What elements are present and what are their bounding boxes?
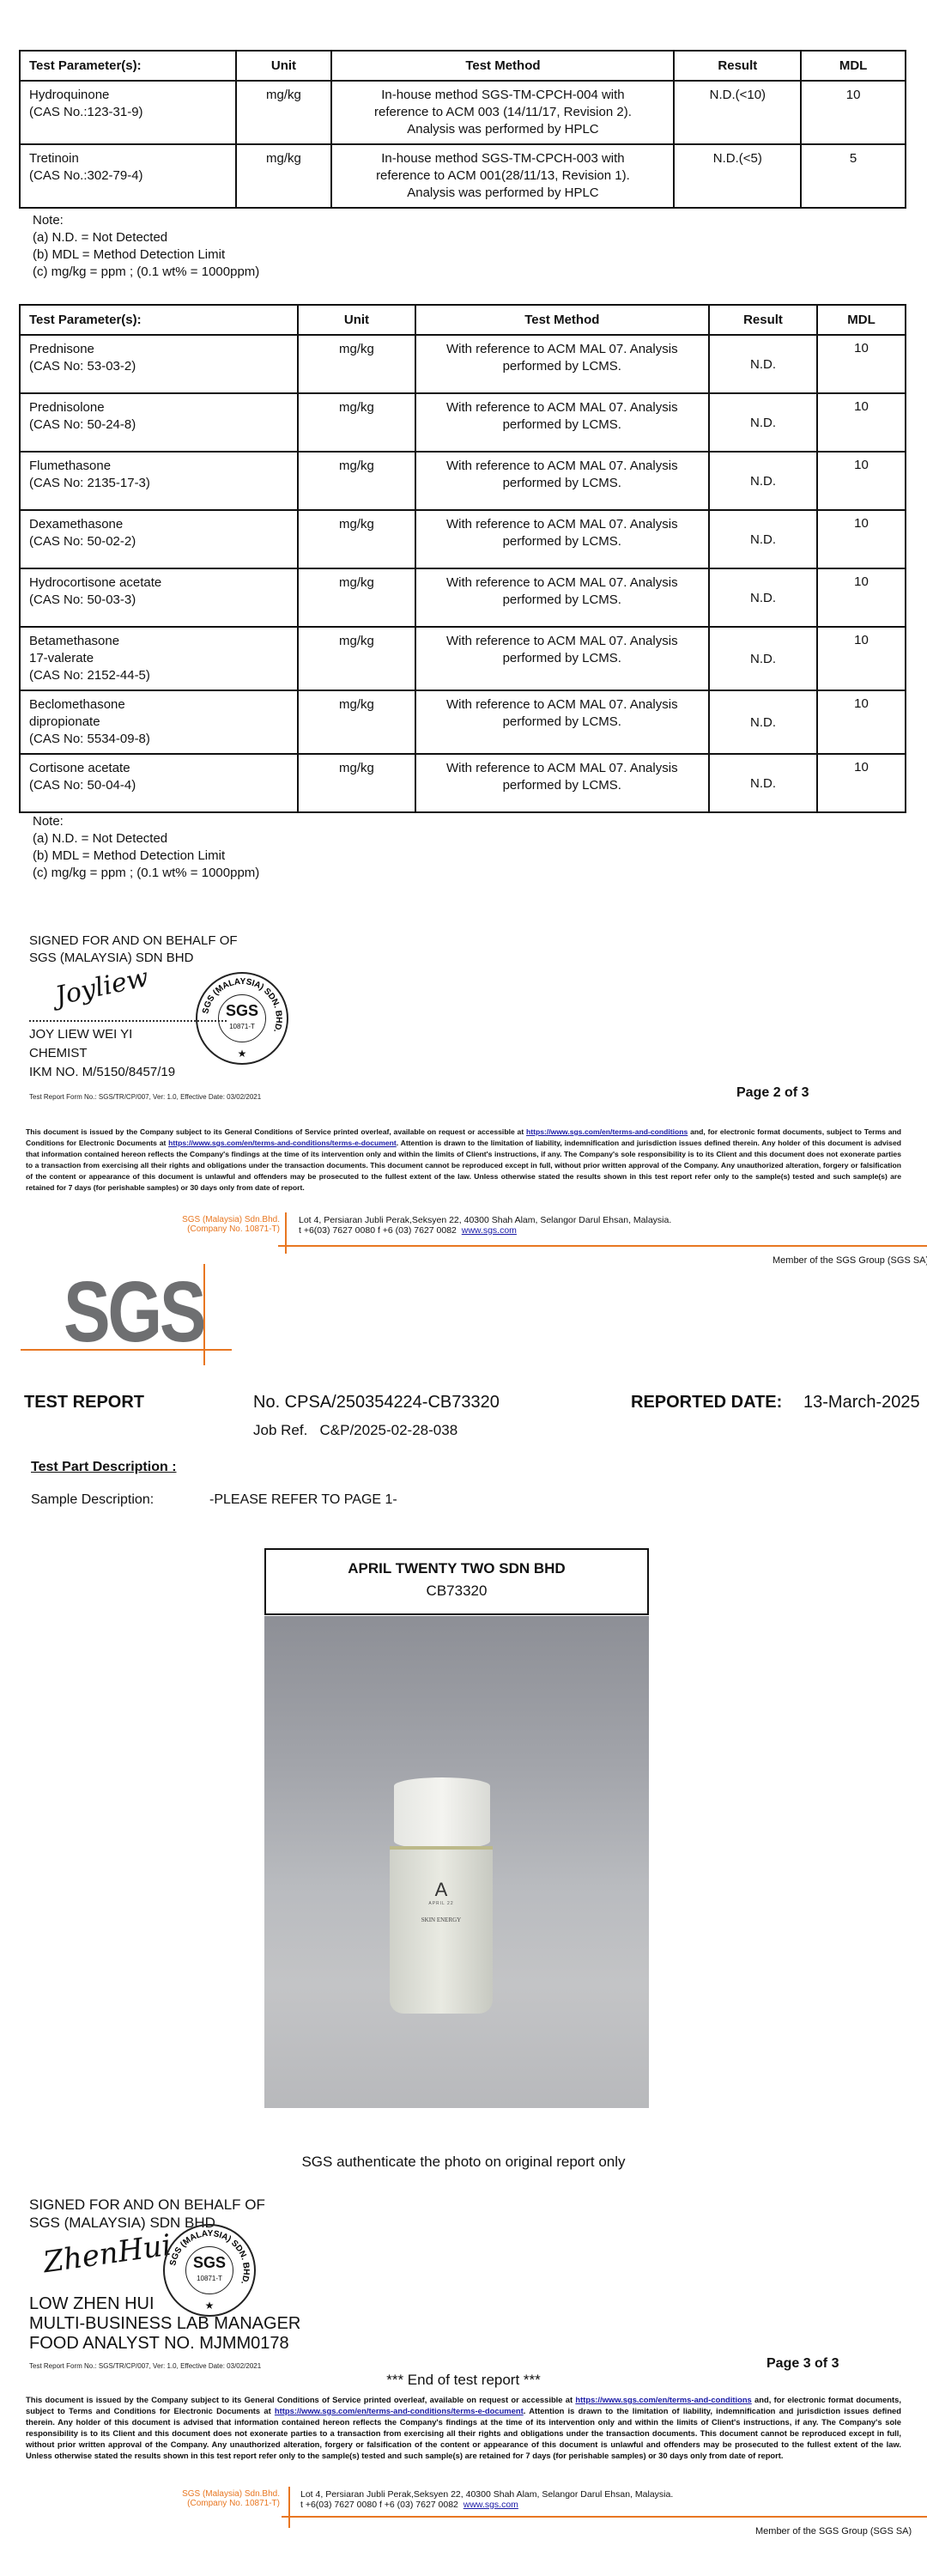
hplc-results-table: Test Parameter(s): Unit Test Method Resu… xyxy=(19,50,906,209)
param-detail: (CAS No: 50-02-2) xyxy=(29,533,290,550)
param-name: Beclomethasone xyxy=(29,696,290,714)
disclaimer-text: This document is issued by the Company s… xyxy=(26,2395,575,2404)
website-link[interactable]: www.sgs.com xyxy=(462,1225,517,1236)
logo-line-v xyxy=(203,1264,205,1365)
col-header-result: Result xyxy=(709,305,817,335)
unit-cell: mg/kg xyxy=(298,568,415,627)
notes-2: Note: (a) N.D. = Not Detected (b) MDL = … xyxy=(33,813,259,882)
result-cell: N.D. xyxy=(709,393,817,452)
mdl-cell: 10 xyxy=(817,690,906,754)
footer-company: SGS (Malaysia) Sdn.Bhd. (Company No. 108… xyxy=(129,2489,280,2508)
footer-company: SGS (Malaysia) Sdn.Bhd. (Company No. 108… xyxy=(129,1215,280,1234)
method-line: performed by LCMS. xyxy=(423,592,701,609)
signer-details: JOY LIEW WEI YI CHEMIST IKM NO. M/5150/8… xyxy=(29,1025,175,1082)
job-ref: Job Ref. C&P/2025-02-28-038 xyxy=(253,1422,457,1439)
param-detail: (CAS No: 50-04-4) xyxy=(29,777,290,794)
method-cell: With reference to ACM MAL 07. Analysispe… xyxy=(415,335,709,393)
star-icon: ★ xyxy=(197,1048,287,1060)
stamp-number: 10871-T xyxy=(186,2275,233,2282)
footer-company-number: (Company No. 10871-T) xyxy=(129,1224,280,1234)
method-line: With reference to ACM MAL 07. Analysis xyxy=(423,399,701,416)
footer-phone: t +6(03) 7627 0080 f +6 (03) 7627 0082 xyxy=(300,2500,458,2510)
method-cell: With reference to ACM MAL 07. Analysispe… xyxy=(415,627,709,690)
unit-cell: mg/kg xyxy=(298,627,415,690)
method-line: performed by LCMS. xyxy=(423,358,701,375)
page-number: Page 3 of 3 xyxy=(766,2356,839,2372)
result-cell: N.D. xyxy=(709,568,817,627)
note-heading: Note: xyxy=(33,212,259,229)
disclaimer-text: This document is issued by the Company s… xyxy=(26,1127,526,1136)
table-row: Prednisone(CAS No: 53-03-2)mg/kgWith ref… xyxy=(20,335,906,393)
stamp-center-text: SGS xyxy=(186,2254,233,2272)
stamp-number: 10871-T xyxy=(219,1023,265,1030)
mdl-cell: 10 xyxy=(817,452,906,510)
sample-id: CB73320 xyxy=(266,1583,647,1600)
method-line: reference to ACM 001(28/11/13, Revision … xyxy=(339,167,666,185)
param-name: Prednisone xyxy=(29,341,290,358)
sample-description-label: Sample Description: xyxy=(31,1492,154,1508)
form-number: Test Report Form No.: SGS/TR/CP/007, Ver… xyxy=(29,1093,261,1101)
result-cell: N.D. xyxy=(709,452,817,510)
method-cell: With reference to ACM MAL 07. Analysispe… xyxy=(415,393,709,452)
footer-address-line: Lot 4, Persiaran Jubli Perak,Seksyen 22,… xyxy=(300,2489,673,2500)
col-header-unit: Unit xyxy=(298,305,415,335)
unit-cell: mg/kg xyxy=(298,335,415,393)
bottle-body: A APRIL 22 SKIN ENERGY xyxy=(390,1846,493,2014)
footer-divider-v xyxy=(285,1212,287,1254)
mdl-cell: 10 xyxy=(817,393,906,452)
method-cell: With reference to ACM MAL 07. Analysispe… xyxy=(415,690,709,754)
legal-disclaimer: This document is issued by the Company s… xyxy=(26,2394,901,2461)
signed-line: SIGNED FOR AND ON BEHALF OF xyxy=(29,2196,265,2214)
mdl-cell: 10 xyxy=(817,510,906,568)
method-line: With reference to ACM MAL 07. Analysis xyxy=(423,574,701,592)
param-cell: Dexamethasone(CAS No: 50-02-2) xyxy=(20,510,298,568)
note-line: (b) MDL = Method Detection Limit xyxy=(33,848,259,865)
footer-phone: t +6(03) 7627 0080 f +6 (03) 7627 0082 xyxy=(299,1225,457,1236)
e-document-terms-link[interactable]: https://www.sgs.com/en/terms-and-conditi… xyxy=(168,1139,397,1147)
signer-name: LOW ZHEN HUI xyxy=(29,2294,300,2314)
param-detail: (CAS No: 2152-44-5) xyxy=(29,667,290,684)
param-cell: Prednisone(CAS No: 53-03-2) xyxy=(20,335,298,393)
note-line: (a) N.D. = Not Detected xyxy=(33,830,259,848)
notes-1: Note: (a) N.D. = Not Detected (b) MDL = … xyxy=(33,212,259,281)
table-row: Tretinoin(CAS No.:302-79-4) mg/kg In-hou… xyxy=(20,144,906,208)
method-line: Analysis was performed by HPLC xyxy=(339,185,666,202)
signer-title: MULTI-BUSINESS LAB MANAGER xyxy=(29,2314,300,2334)
col-header-parameter: Test Parameter(s): xyxy=(20,51,236,81)
member-text: Member of the SGS Group (SGS SA) xyxy=(772,1255,927,1266)
param-detail: (CAS No: 5534-09-8) xyxy=(29,731,290,748)
note-line: (c) mg/kg = ppm ; (0.1 wt% = 1000ppm) xyxy=(33,264,259,281)
job-ref-value: C&P/2025-02-28-038 xyxy=(319,1422,457,1438)
method-line: Analysis was performed by HPLC xyxy=(339,121,666,138)
footer-divider-v xyxy=(288,2487,290,2528)
note-heading: Note: xyxy=(33,813,259,830)
terms-link[interactable]: https://www.sgs.com/en/terms-and-conditi… xyxy=(575,2395,751,2404)
method-line: In-house method SGS-TM-CPCH-004 with xyxy=(339,87,666,104)
col-header-mdl: MDL xyxy=(817,305,906,335)
company-stamp: SGS (MALAYSIA) SDN. BHD. SGS 10871-T ★ xyxy=(196,972,288,1065)
website-link[interactable]: www.sgs.com xyxy=(463,2500,518,2510)
mdl-cell: 5 xyxy=(801,144,906,208)
method-line: In-house method SGS-TM-CPCH-003 with xyxy=(339,150,666,167)
note-line: (c) mg/kg = ppm ; (0.1 wt% = 1000ppm) xyxy=(33,865,259,882)
method-cell: With reference to ACM MAL 07. Analysispe… xyxy=(415,452,709,510)
mdl-cell: 10 xyxy=(817,568,906,627)
method-cell: With reference to ACM MAL 07. Analysispe… xyxy=(415,568,709,627)
result-cell: N.D. xyxy=(709,627,817,690)
sample-photo: A APRIL 22 SKIN ENERGY xyxy=(264,1616,649,2108)
signature-zhenhui: ZhenHui xyxy=(41,2228,173,2280)
param-detail: 17-valerate xyxy=(29,650,290,667)
signature-joy: Joyliew xyxy=(53,963,152,1012)
stamp-inner: SGS 10871-T xyxy=(218,994,266,1042)
footer-company-number: (Company No. 10871-T) xyxy=(129,2499,280,2508)
method-cell: With reference to ACM MAL 07. Analysispe… xyxy=(415,754,709,812)
table-row: Dexamethasone(CAS No: 50-02-2)mg/kgWith … xyxy=(20,510,906,568)
table-row: Hydrocortisone acetate(CAS No: 50-03-3)m… xyxy=(20,568,906,627)
param-cell: Betamethasone17-valerate(CAS No: 2152-44… xyxy=(20,627,298,690)
note-line: (b) MDL = Method Detection Limit xyxy=(33,246,259,264)
footer-address: Lot 4, Persiaran Jubli Perak,Seksyen 22,… xyxy=(300,2489,673,2510)
footer-divider-h xyxy=(278,1245,927,1247)
method-cell: With reference to ACM MAL 07. Analysispe… xyxy=(415,510,709,568)
param-name: Betamethasone xyxy=(29,633,290,650)
result-cell: N.D. xyxy=(709,690,817,754)
table-row: Flumethasone(CAS No: 2135-17-3)mg/kgWith… xyxy=(20,452,906,510)
table-row: Cortisone acetate(CAS No: 50-04-4)mg/kgW… xyxy=(20,754,906,812)
client-label-box: APRIL TWENTY TWO SDN BHD CB73320 xyxy=(264,1548,649,1615)
footer-divider-h xyxy=(282,2516,927,2518)
method-line: performed by LCMS. xyxy=(423,650,701,667)
param-name: Hydroquinone xyxy=(29,87,228,104)
col-header-result: Result xyxy=(674,51,801,81)
param-cell: Hydroquinone(CAS No.:123-31-9) xyxy=(20,81,236,144)
unit-cell: mg/kg xyxy=(236,144,332,208)
method-line: performed by LCMS. xyxy=(423,777,701,794)
param-cell: Tretinoin(CAS No.:302-79-4) xyxy=(20,144,236,208)
terms-link[interactable]: https://www.sgs.com/en/terms-and-conditi… xyxy=(526,1127,688,1136)
method-line: performed by LCMS. xyxy=(423,475,701,492)
unit-cell: mg/kg xyxy=(298,452,415,510)
result-cell: N.D.(<10) xyxy=(674,81,801,144)
table-row: Hydroquinone(CAS No.:123-31-9) mg/kg In-… xyxy=(20,81,906,144)
method-line: With reference to ACM MAL 07. Analysis xyxy=(423,458,701,475)
logo-line-h xyxy=(21,1349,232,1351)
end-of-report: *** End of test report *** xyxy=(0,2372,927,2389)
param-name: Hydrocortisone acetate xyxy=(29,574,290,592)
signed-on-behalf: SIGNED FOR AND ON BEHALF OF SGS (MALAYSI… xyxy=(29,933,238,967)
method-cell: In-house method SGS-TM-CPCH-004 withrefe… xyxy=(331,81,674,144)
col-header-method: Test Method xyxy=(415,305,709,335)
product-name: SKIN ENERGY xyxy=(390,1917,493,1923)
form-number: Test Report Form No.: SGS/TR/CP/007, Ver… xyxy=(29,2362,261,2370)
report-number: No. CPSA/250354224-CB73320 xyxy=(253,1393,500,1413)
photo-caption: SGS authenticate the photo on original r… xyxy=(0,2154,927,2171)
footer-company-name: SGS (Malaysia) Sdn.Bhd. xyxy=(129,1215,280,1224)
param-cell: Flumethasone(CAS No: 2135-17-3) xyxy=(20,452,298,510)
col-header-parameter: Test Parameter(s): xyxy=(20,305,298,335)
footer-company-name: SGS (Malaysia) Sdn.Bhd. xyxy=(129,2489,280,2499)
param-cell: Cortisone acetate(CAS No: 50-04-4) xyxy=(20,754,298,812)
param-name: Cortisone acetate xyxy=(29,760,290,777)
member-text: Member of the SGS Group (SGS SA) xyxy=(755,2526,912,2537)
sample-description-value: -PLEASE REFER TO PAGE 1- xyxy=(209,1492,397,1508)
unit-cell: mg/kg xyxy=(298,690,415,754)
unit-cell: mg/kg xyxy=(298,393,415,452)
page-number: Page 2 of 3 xyxy=(736,1085,809,1101)
method-cell: In-house method SGS-TM-CPCH-003 withrefe… xyxy=(331,144,674,208)
method-line: performed by LCMS. xyxy=(423,416,701,434)
method-line: reference to ACM 003 (14/11/17, Revision… xyxy=(339,104,666,121)
param-cell: Prednisolone(CAS No: 50-24-8) xyxy=(20,393,298,452)
table-row: Prednisolone(CAS No: 50-24-8)mg/kgWith r… xyxy=(20,393,906,452)
note-line: (a) N.D. = Not Detected xyxy=(33,229,259,246)
result-cell: N.D. xyxy=(709,510,817,568)
param-name: Dexamethasone xyxy=(29,516,290,533)
product-brand: APRIL 22 xyxy=(390,1901,493,1906)
method-line: With reference to ACM MAL 07. Analysis xyxy=(423,633,701,650)
table-header-row: Test Parameter(s): Unit Test Method Resu… xyxy=(20,51,906,81)
table-row: Beclomethasonedipropionate(CAS No: 5534-… xyxy=(20,690,906,754)
signer-title: CHEMIST xyxy=(29,1044,175,1063)
unit-cell: mg/kg xyxy=(236,81,332,144)
mdl-cell: 10 xyxy=(817,627,906,690)
bottle-cap xyxy=(394,1777,490,1850)
result-cell: N.D. xyxy=(709,335,817,393)
signer-name: JOY LIEW WEI YI xyxy=(29,1025,175,1044)
param-name: Flumethasone xyxy=(29,458,290,475)
bottle-ring xyxy=(390,1846,493,1850)
signer-registration: IKM NO. M/5150/8457/19 xyxy=(29,1063,175,1082)
footer-address-line: Lot 4, Persiaran Jubli Perak,Seksyen 22,… xyxy=(299,1215,671,1225)
client-name: APRIL TWENTY TWO SDN BHD xyxy=(266,1560,647,1577)
stamp-center-text: SGS xyxy=(219,1002,265,1020)
method-line: With reference to ACM MAL 07. Analysis xyxy=(423,341,701,358)
result-cell: N.D. xyxy=(709,754,817,812)
test-report-title: TEST REPORT xyxy=(24,1393,144,1413)
cas-number: (CAS No.:302-79-4) xyxy=(29,167,228,185)
param-detail: dipropionate xyxy=(29,714,290,731)
unit-cell: mg/kg xyxy=(298,510,415,568)
test-part-heading: Test Part Description : xyxy=(31,1460,177,1475)
param-name: Tretinoin xyxy=(29,150,228,167)
param-detail: (CAS No: 53-03-2) xyxy=(29,358,290,375)
cas-number: (CAS No.:123-31-9) xyxy=(29,104,228,121)
col-header-method: Test Method xyxy=(331,51,674,81)
table-header-row: Test Parameter(s): Unit Test Method Resu… xyxy=(20,305,906,335)
legal-disclaimer: This document is issued by the Company s… xyxy=(26,1127,901,1194)
col-header-unit: Unit xyxy=(236,51,332,81)
param-cell: Hydrocortisone acetate(CAS No: 50-03-3) xyxy=(20,568,298,627)
stamp-inner: SGS 10871-T xyxy=(185,2246,233,2294)
e-document-terms-link[interactable]: https://www.sgs.com/en/terms-and-conditi… xyxy=(275,2406,524,2415)
reported-date: 13-March-2025 xyxy=(803,1393,920,1413)
method-line: With reference to ACM MAL 07. Analysis xyxy=(423,760,701,777)
mdl-cell: 10 xyxy=(817,335,906,393)
param-detail: (CAS No: 50-03-3) xyxy=(29,592,290,609)
method-line: With reference to ACM MAL 07. Analysis xyxy=(423,516,701,533)
param-detail: (CAS No: 2135-17-3) xyxy=(29,475,290,492)
mdl-cell: 10 xyxy=(817,754,906,812)
signed-line: SIGNED FOR AND ON BEHALF OF xyxy=(29,933,238,950)
col-header-mdl: MDL xyxy=(801,51,906,81)
signer-registration: FOOD ANALYST NO. MJMM0178 xyxy=(29,2334,300,2354)
brand-logo-icon: A xyxy=(390,1879,493,1901)
param-name: Prednisolone xyxy=(29,399,290,416)
reported-date-label: REPORTED DATE: xyxy=(631,1393,782,1413)
method-line: With reference to ACM MAL 07. Analysis xyxy=(423,696,701,714)
method-line: performed by LCMS. xyxy=(423,714,701,731)
signer-details: LOW ZHEN HUI MULTI-BUSINESS LAB MANAGER … xyxy=(29,2294,300,2354)
param-cell: Beclomethasonedipropionate(CAS No: 5534-… xyxy=(20,690,298,754)
unit-cell: mg/kg xyxy=(298,754,415,812)
mdl-cell: 10 xyxy=(801,81,906,144)
sgs-logo: SGS xyxy=(64,1269,203,1355)
method-line: performed by LCMS. xyxy=(423,533,701,550)
lcms-results-table: Test Parameter(s): Unit Test Method Resu… xyxy=(19,304,906,813)
job-ref-label: Job Ref. xyxy=(253,1422,307,1438)
table-row: Betamethasone17-valerate(CAS No: 2152-44… xyxy=(20,627,906,690)
footer-address: Lot 4, Persiaran Jubli Perak,Seksyen 22,… xyxy=(299,1215,671,1236)
param-detail: (CAS No: 50-24-8) xyxy=(29,416,290,434)
result-cell: N.D.(<5) xyxy=(674,144,801,208)
